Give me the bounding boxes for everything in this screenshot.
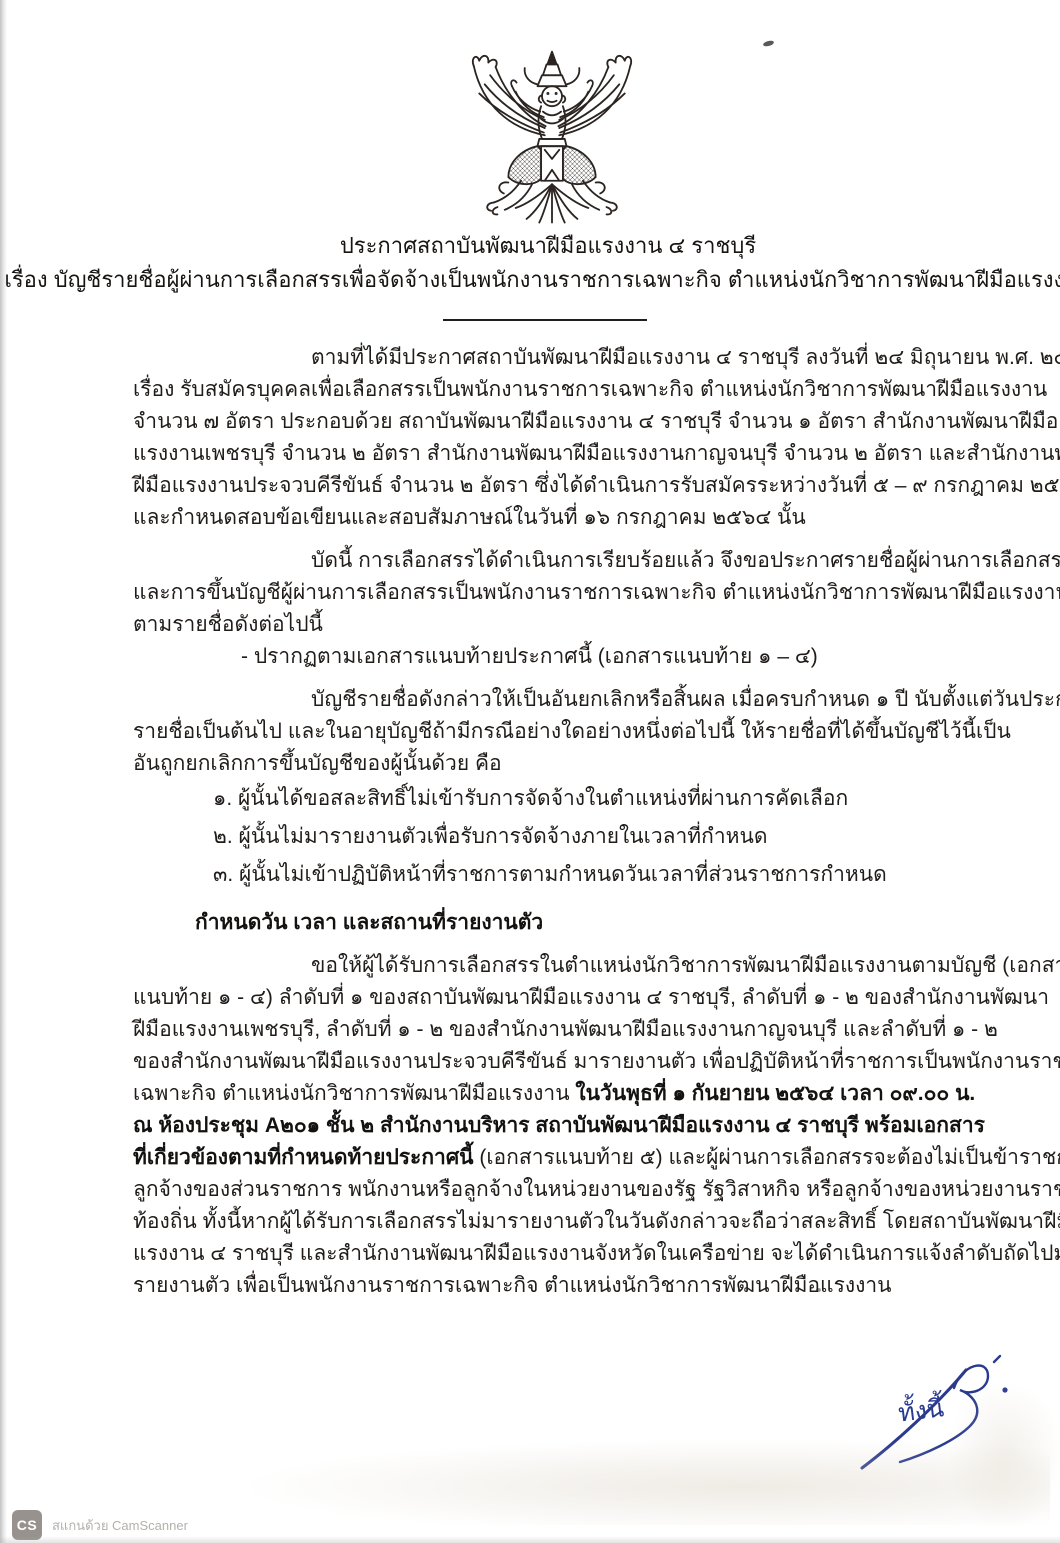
para4-line: ลูกจ้างของส่วนราชการ พนักงานหรือลูกจ้างใ… — [133, 1174, 935, 1206]
scan-smudge — [950, 1385, 1060, 1525]
para1-line: ฝีมือแรงงานประจวบคีรีขันธ์ จำนวน ๒ อัตรา… — [133, 470, 935, 502]
para4-line: แรงงาน ๔ ราชบุรี และสำนักงานพัฒนาฝีมือแร… — [133, 1238, 935, 1270]
para1-line: จำนวน ๗ อัตรา ประกอบด้วย สถาบันพัฒนาฝีมื… — [133, 406, 935, 438]
para4-bold-text: ณ ห้องประชุม A๒๐๑ ชั้น ๒ สำนักงานบริหาร … — [133, 1114, 985, 1137]
handwritten-note: ทั้งนี้ — [896, 1389, 946, 1427]
ink-speck — [763, 40, 775, 48]
para4-line: ที่เกี่ยวข้องตามที่กำหนดท้ายประกาศนี้ (เ… — [133, 1142, 935, 1174]
para4-line: ณ ห้องประชุม A๒๐๑ ชั้น ๒ สำนักงานบริหาร … — [133, 1110, 935, 1142]
para1-line: และกำหนดสอบข้อเขียนและสอบสัมภาษณ์ในวันที… — [133, 502, 935, 534]
para4-line: ขอให้ผู้ได้รับการเลือกสรรในตำแหน่งนักวิช… — [133, 950, 935, 982]
announcement-subject: เรื่อง บัญชีรายชื่อผู้ผ่านการเลือกสรรเพื… — [4, 264, 1060, 296]
garuda-emblem — [452, 48, 652, 228]
report-section-heading: กำหนดวัน เวลา และสถานที่รายงานตัว — [133, 906, 935, 940]
scan-edge-shadow-left — [0, 0, 7, 1543]
para4-line: ท้องถิ่น ทั้งนี้หากผู้ได้รับการเลือกสรรไ… — [133, 1206, 935, 1238]
para3-line: อันถูกยกเลิกการขึ้นบัญชีของผู้นั้นด้วย ค… — [133, 748, 935, 780]
condition-item: ๑. ผู้นั้นได้ขอสละสิทธิ์ไม่เข้ารับการจัด… — [133, 780, 935, 818]
para1-line: เรื่อง รับสมัครบุคคลเพื่อเลือกสรรเป็นพนั… — [133, 374, 935, 406]
para4-line: ฝีมือแรงงานเพชรบุรี, ลำดับที่ ๑ - ๒ ของส… — [133, 1014, 935, 1046]
para2-line: และการขึ้นบัญชีผู้ผ่านการเลือกสรรเป็นพนั… — [133, 577, 935, 609]
para1-line: ตามที่ได้มีประกาศสถาบันพัฒนาฝีมือแรงงาน … — [133, 342, 935, 374]
para4-line: แนบท้าย ๑ - ๔) ลำดับที่ ๑ ของสถาบันพัฒนา… — [133, 982, 935, 1014]
para4-bold-text: ที่เกี่ยวข้องตามที่กำหนดท้ายประกาศนี้ — [133, 1146, 474, 1169]
para4-line: ของสำนักงานพัฒนาฝีมือแรงงานประจวบคีรีขัน… — [133, 1046, 935, 1078]
camscanner-watermark-text: สแกนด้วย CamScanner — [52, 1515, 188, 1536]
para4-line: เฉพาะกิจ ตำแหน่งนักวิชาการพัฒนาฝีมือแรงง… — [133, 1078, 935, 1110]
scan-edge-shadow-bottom — [0, 1536, 1060, 1543]
para4-text: เฉพาะกิจ ตำแหน่งนักวิชาการพัฒนาฝีมือแรงง… — [133, 1082, 575, 1105]
announcement-title: ประกาศสถาบันพัฒนาฝีมือแรงงาน ๔ ราชบุรี — [340, 230, 756, 262]
attachment-note: - ปรากฏตามเอกสารแนบท้ายประกาศนี้ (เอกสาร… — [133, 641, 935, 673]
para4-line: รายงานตัว เพื่อเป็นพนักงานราชการเฉพาะกิจ… — [133, 1270, 935, 1302]
scan-smudge — [250, 1440, 1050, 1525]
para3-line: รายชื่อเป็นต้นไป และในอายุบัญชีถ้ามีกรณี… — [133, 716, 935, 748]
para3-line: บัญชีรายชื่อดังกล่าวให้เป็นอันยกเลิกหรือ… — [133, 684, 935, 716]
para1-line: แรงงานเพชรบุรี จำนวน ๒ อัตรา สำนักงานพัฒ… — [133, 438, 935, 470]
document-body: ตามที่ได้มีประกาศสถาบันพัฒนาฝีมือแรงงาน … — [133, 342, 935, 1302]
para4-text: (เอกสารแนบท้าย ๕) และผู้ผ่านการเลือกสรรจ… — [474, 1146, 1060, 1169]
condition-item: ๓. ผู้นั้นไม่เข้าปฏิบัติหน้าที่ราชการตาม… — [133, 856, 935, 894]
para2-line: ตามรายชื่อดังต่อไปนี้ — [133, 609, 935, 641]
title-divider-rule — [443, 319, 647, 321]
para4-bold-text: ในวันพุธที่ ๑ กันยายน ๒๕๖๔ เวลา ๐๙.๐๐ น. — [575, 1082, 975, 1105]
scanned-document-page: ประกาศสถาบันพัฒนาฝีมือแรงงาน ๔ ราชบุรี เ… — [0, 0, 1060, 1543]
condition-item: ๒. ผู้นั้นไม่มารายงานตัวเพื่อรับการจัดจ้… — [133, 818, 935, 856]
para2-line: บัดนี้ การเลือกสรรได้ดำเนินการเรียบร้อยแ… — [133, 545, 935, 577]
